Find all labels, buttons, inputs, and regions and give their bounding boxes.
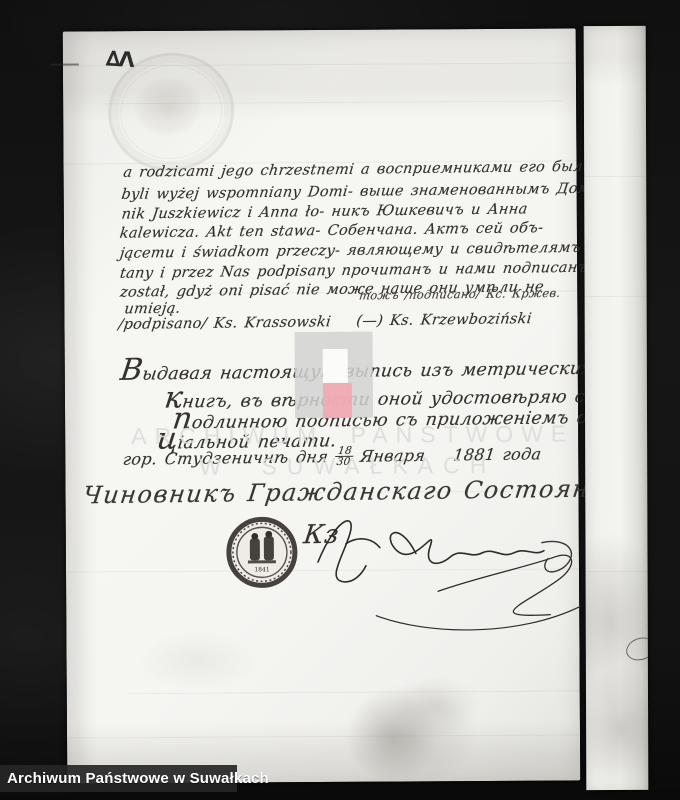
fold-line bbox=[67, 734, 580, 738]
stray-ink-dash bbox=[51, 63, 79, 65]
adjacent-page-edge bbox=[584, 26, 649, 790]
paper-smudge bbox=[347, 689, 438, 785]
logo-white-notch bbox=[323, 349, 348, 383]
fold-line bbox=[586, 571, 648, 572]
record-line: jącemu i świadkom przeczy- являющему и с… bbox=[119, 240, 582, 262]
priest-signature-right: (—) Ks. Krzewboziński bbox=[355, 311, 532, 329]
ink-loop bbox=[538, 534, 582, 584]
document-page: ∆Λ a rodzicami jego chrzestnemi a воспри… bbox=[63, 28, 581, 783]
record-line: byli wyżej wspomniany Domi- выше знамено… bbox=[120, 181, 606, 203]
priest-signature-left: /podpisano/ Ks. Krassowski bbox=[117, 314, 332, 333]
record-line: nik Juszkiewicz i Anna ło- никъ Юшкевичъ… bbox=[121, 201, 529, 222]
watermark-text-line2: W SUWAŁKACH bbox=[199, 452, 496, 481]
record-line: kalewicza. Akt ten stawa- Собенчана. Акт… bbox=[119, 220, 545, 242]
fold-line bbox=[127, 690, 580, 694]
fold-line bbox=[585, 296, 647, 297]
logo-red-square bbox=[323, 383, 352, 418]
paper-smudge bbox=[136, 630, 256, 691]
archival-scan-viewport: ∆Λ a rodzicami jego chrzestnemi a воспри… bbox=[0, 0, 680, 800]
fold-line bbox=[584, 176, 646, 177]
seal-year: 1841 bbox=[254, 566, 269, 573]
record-side-note: тожъ /подписано/ Кс. Кржев. bbox=[358, 286, 561, 303]
archive-watermark-logo bbox=[295, 332, 374, 418]
archive-caption-text: Archiwum Państwowe w Suwałkach bbox=[0, 770, 269, 787]
watermark-text-line1: ARCHIWUM PAŃSTWOWE bbox=[131, 420, 574, 450]
archive-caption-bar: Archiwum Państwowe w Suwałkach bbox=[0, 765, 237, 792]
ink-loop bbox=[623, 634, 648, 664]
record-line: umieją. bbox=[123, 301, 181, 318]
